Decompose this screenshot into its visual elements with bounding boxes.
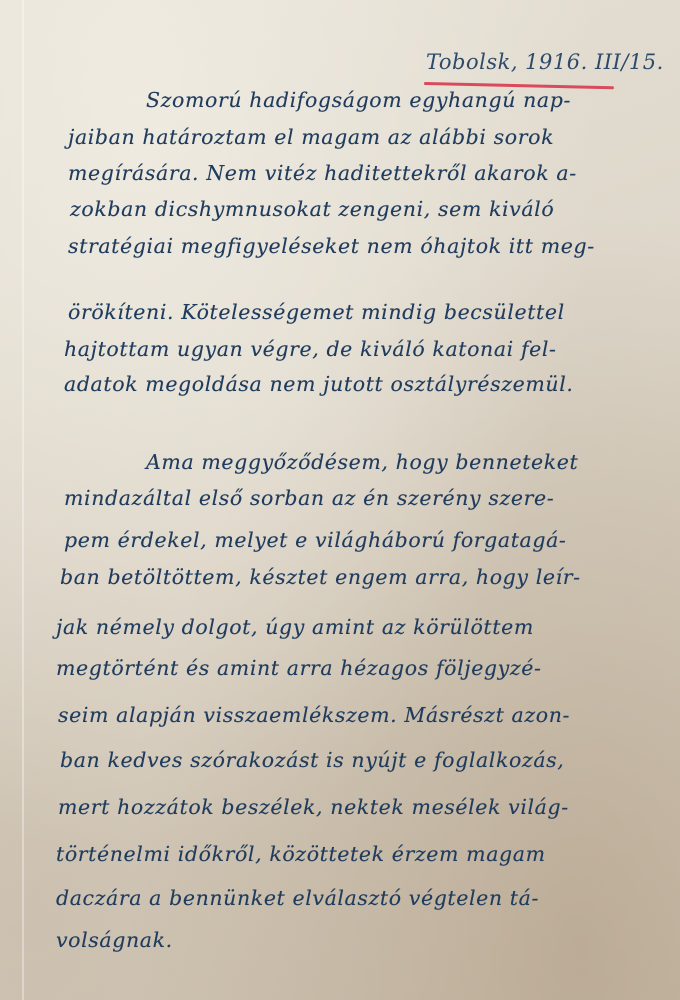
text-line: Szomorú hadifogságom egyhangú nap- <box>146 88 571 112</box>
text-line: örökíteni. Kötelességemet mindig becsüle… <box>68 300 565 324</box>
paper-fold-crease <box>22 0 24 1000</box>
text-line: jak némely dolgot, úgy amint az körülött… <box>56 615 534 639</box>
text-line: mert hozzátok beszélek, nektek mesélek v… <box>58 795 569 819</box>
text-line: seim alapján visszaemlékszem. Másrészt a… <box>58 703 570 727</box>
text-line: történelmi időkről, közöttetek érzem mag… <box>56 842 546 866</box>
text-line: zokban dicshymnusokat zengeni, sem kivál… <box>70 197 554 221</box>
text-line: daczára a bennünket elválasztó végtelen … <box>56 886 539 910</box>
text-line: jaiban határoztam el magam az alábbi sor… <box>68 125 554 149</box>
text-line: pem érdekel, melyet e világháború forgat… <box>64 528 566 552</box>
text-line: stratégiai megfigyeléseket nem óhajtok i… <box>68 234 595 258</box>
text-line: megtörtént és amint arra hézagos följegy… <box>56 656 542 680</box>
text-line: ban kedves szórakozást is nyújt e foglal… <box>60 748 564 772</box>
text-line: ban betöltöttem, késztet engem arra, hog… <box>60 565 581 589</box>
place-date-heading: Tobolsk, 1916. III/15. <box>426 50 664 74</box>
text-line: megírására. Nem vitéz haditettekről akar… <box>68 161 577 185</box>
text-line: Ama meggyőződésem, hogy benneteket <box>146 450 578 474</box>
text-line: adatok megoldása nem jutott osztályrésze… <box>64 372 573 396</box>
text-line: volságnak. <box>56 928 173 952</box>
text-line: mindazáltal első sorban az én szerény sz… <box>64 486 554 510</box>
text-line: hajtottam ugyan végre, de kiváló katonai… <box>64 337 557 361</box>
letter-page: Tobolsk, 1916. III/15. Szomorú hadifogsá… <box>0 0 680 1000</box>
